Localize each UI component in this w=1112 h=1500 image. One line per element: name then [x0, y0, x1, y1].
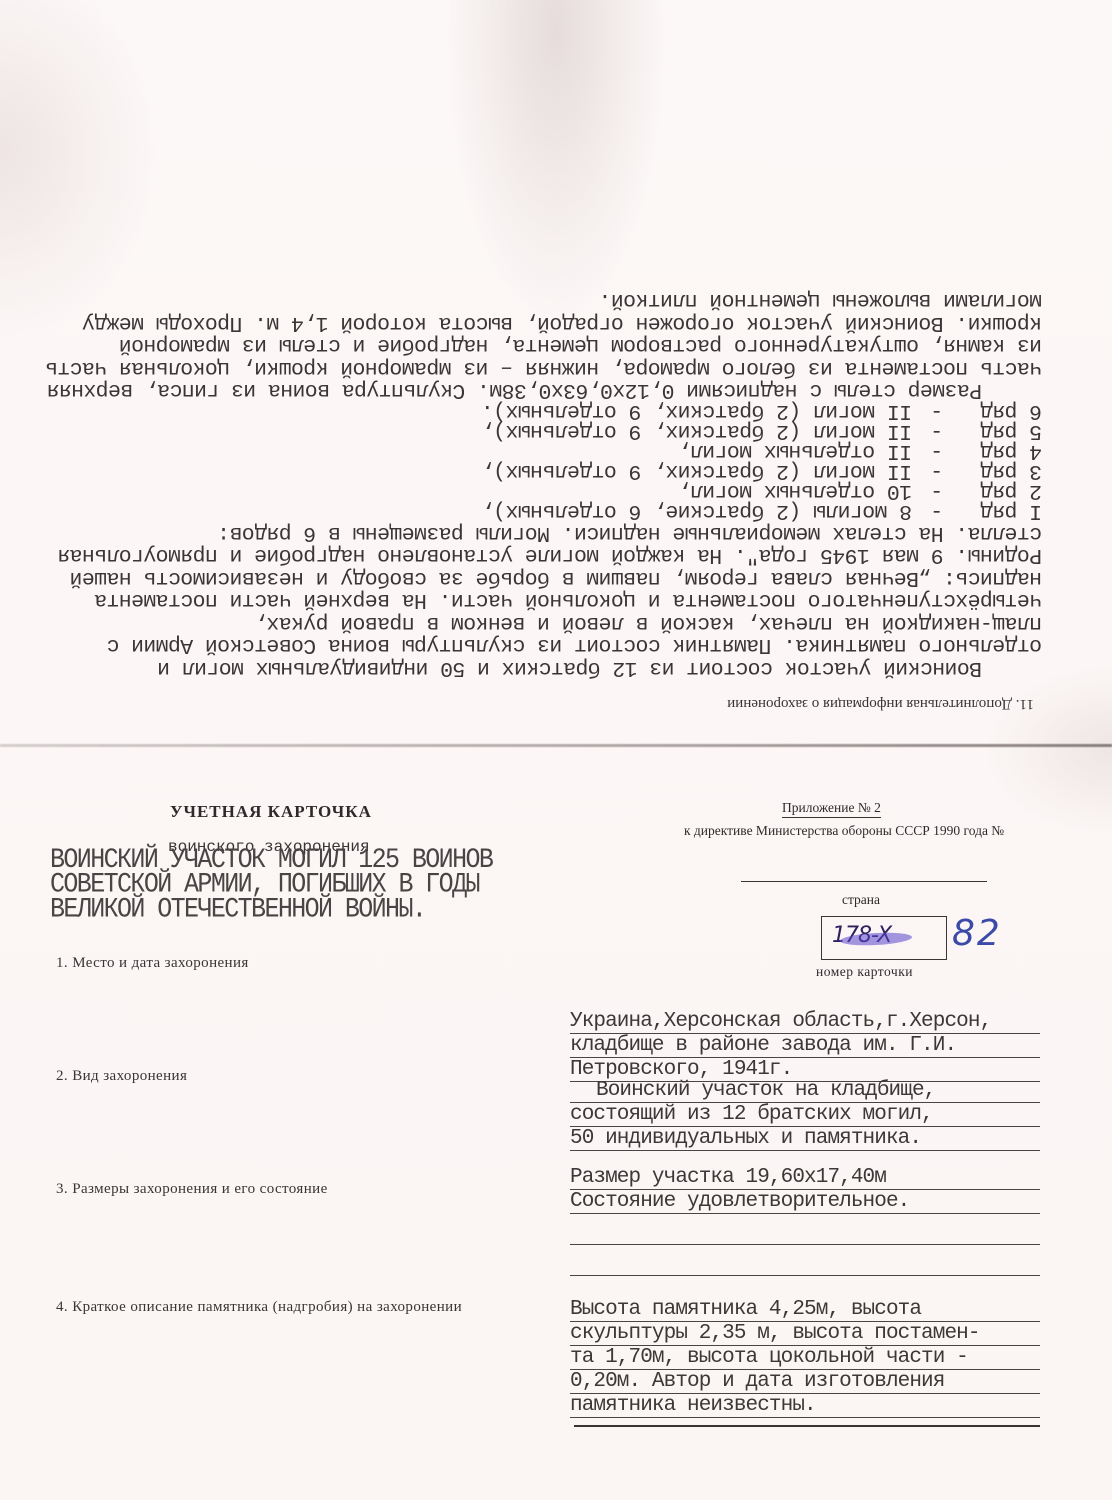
- field-line: Высота памятника 4,25м, высота: [570, 1298, 1040, 1322]
- field-line: Размер участка 19,60х17,40м: [570, 1166, 1040, 1190]
- field-line: состоящий из 12 братских могил,: [570, 1103, 1040, 1127]
- grave-row: 3 ряд-II могил (2 братских, 9 отдельных)…: [42, 462, 1042, 482]
- field-label-burial-type: 2. Вид захоронения: [56, 1067, 536, 1086]
- field-line-blank: [574, 1425, 1040, 1427]
- burial-name-line: ВЕЛИКОЙ ОТЕЧЕСТВЕННОЙ ВОЙНЫ.: [50, 897, 570, 922]
- grave-row: 6 ряд-II могил (2 братских, 9 отдельных)…: [42, 402, 1042, 422]
- card-number-struck: 178-X: [832, 923, 891, 948]
- field-line: 50 индивидуальных и памятника.: [570, 1127, 1040, 1151]
- field-line: та 1,70м, высота цокольной части -: [570, 1346, 1040, 1370]
- grave-rows-list: I ряд-8 могилы (2 братские, 6 отдельных)…: [42, 402, 1042, 522]
- field-value-burial-type: Воинский участок на кладбище, состоящий …: [570, 1079, 1040, 1151]
- grave-row: 2 ряд-10 отдельных могил,: [42, 482, 1042, 502]
- grave-row: I ряд-8 могилы (2 братские, 6 отдельных)…: [42, 502, 1042, 522]
- country-label: страна: [842, 892, 880, 908]
- card-number-box: 178-X: [821, 916, 947, 960]
- directive-label: к директиве Министерства обороны СССР 19…: [684, 824, 1044, 838]
- field-line-blank: [570, 1245, 1040, 1276]
- field-line: Украина,Херсонская область,г.Херсон,: [570, 1010, 1040, 1034]
- appendix-label: Приложение № 2: [782, 800, 881, 818]
- field-value-place-date: Украина,Херсонская область,г.Херсон, кла…: [570, 1010, 1040, 1082]
- grave-row: 4 ряд-II отдельных могил,: [42, 442, 1042, 462]
- burial-name: ВОИНСКИЙ УЧАСТОК МОГИЛ 125 ВОИНОВ СОВЕТС…: [50, 848, 570, 922]
- additional-info-paragraph-1: Воинский участок состоит из 12 братских …: [42, 522, 1042, 680]
- field-label-monument-description: 4. Краткое описание памятника (надгробия…: [56, 1298, 536, 1317]
- field-line: памятника неизвестны.: [570, 1394, 1040, 1418]
- additional-info-heading: 11. Дополнительная информация о захороне…: [42, 695, 1034, 712]
- field-line: кладбище в районе завода им. Г.И.: [570, 1034, 1040, 1058]
- field-label-place-date: 1. Место и дата захоронения: [56, 954, 536, 973]
- card-number-handwritten: 82: [952, 913, 1002, 954]
- field-line-blank: [570, 1214, 1040, 1245]
- additional-info-section: 11. Дополнительная информация о захороне…: [0, 0, 1112, 744]
- field-value-monument-description: Высота памятника 4,25м, высота скульптур…: [570, 1298, 1040, 1418]
- field-line: Состояние удовлетворительное.: [570, 1190, 1040, 1214]
- country-field: [741, 881, 987, 882]
- grave-row: 5 ряд-II могил (2 братских, 9 отдельных)…: [42, 422, 1042, 442]
- field-line: Воинский участок на кладбище,: [570, 1079, 1040, 1103]
- field-line: скульптуры 2,35 м, высота постамен-: [570, 1322, 1040, 1346]
- fold-crease: [0, 744, 1112, 747]
- additional-info-paragraph-2: Размер стелы с надписями 0,12х0,63х0,38м…: [42, 289, 1042, 402]
- field-line: 0,20м. Автор и дата изготовления: [570, 1370, 1040, 1394]
- field-label-size-condition: 3. Размеры захоронения и его состояние: [56, 1180, 536, 1199]
- card-number-label: номер карточки: [816, 964, 913, 980]
- field-value-size-condition: Размер участка 19,60х17,40м Состояние уд…: [570, 1166, 1040, 1276]
- card-title: УЧЕТНАЯ КАРТОЧКА: [170, 802, 372, 822]
